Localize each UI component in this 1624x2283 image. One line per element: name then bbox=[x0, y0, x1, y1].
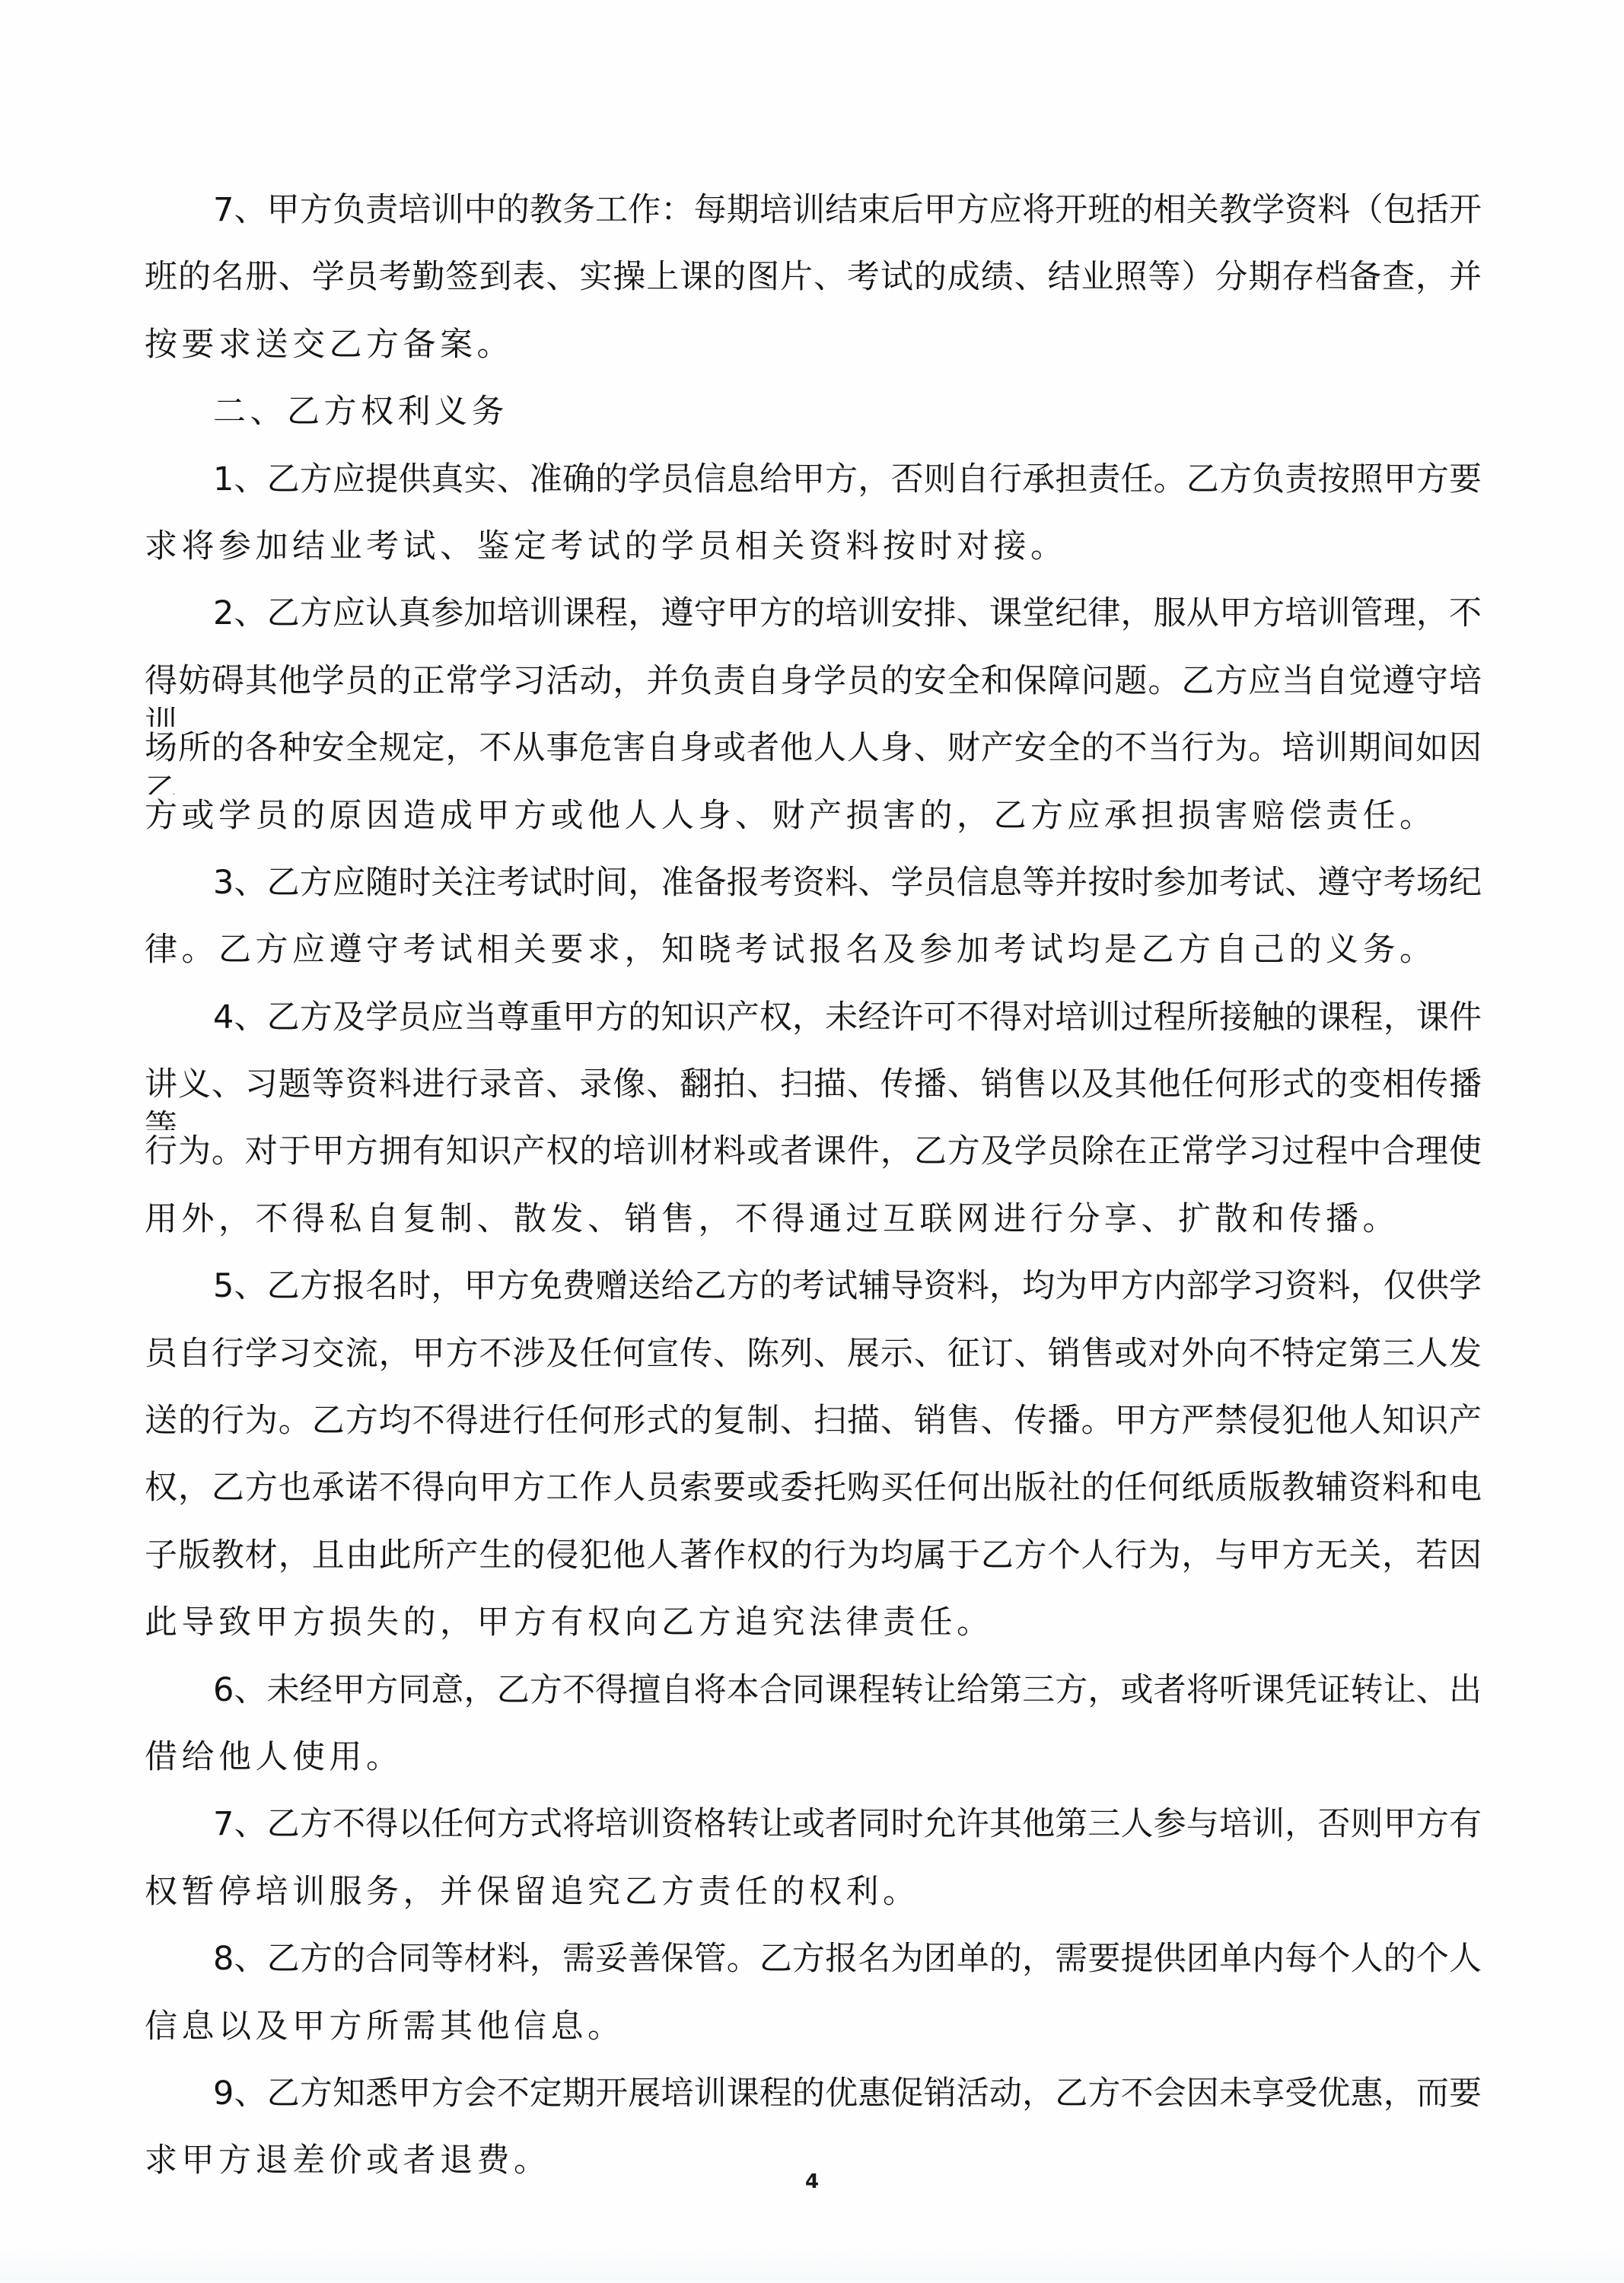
text-line: 权​，​乙​方​也​承​诺​不​得​向​甲​方​工​作​人​员​索​要​或​委​… bbox=[145, 1466, 1482, 1533]
text-line: 员​自​行​学​习​交​流​，​甲​方​不​涉​及​任​何​宣​传​、​陈​列​… bbox=[145, 1333, 1482, 1399]
text-line: 送​的​行​为​。​乙​方​均​不​得​进​行​任​何​形​式​的​复​制​、​… bbox=[145, 1399, 1482, 1466]
text-line: 行​为​。​对​于​甲​方​拥​有​知​识​产​权​的​培​训​材​料​或​者​… bbox=[145, 1130, 1482, 1197]
text-line: 9​、​乙​方​知​悉​甲​方​会​不​定​期​开​展​培​训​课​程​的​优​… bbox=[145, 2072, 1482, 2139]
text-line: 场​所​的​各​种​安​全​规​定​，​不​从​事​危​害​自​身​或​者​他​… bbox=[145, 727, 1482, 794]
scanned-document-page: 7​、​甲​方​负​责​培​训​中​的​教​务​工​作​：​每​期​培​训​结​… bbox=[0, 0, 1624, 2283]
text-line: 方或学员的原因造成甲方或他人人身、财产损害的，乙方应承担损害赔偿责任。 bbox=[145, 794, 1482, 861]
paragraph-party-b-item-7: 7​、​乙​方​不​得​以​任​何​方​式​将​培​训​资​格​转​让​或​者​… bbox=[145, 1803, 1482, 1938]
paragraph-party-b-item-8: 8​、​乙​方​的​合​同​等​材​料​，​需​妥​善​保​管​。​乙​方​报​… bbox=[145, 1938, 1482, 2072]
document-body: 7​、​甲​方​负​责​培​训​中​的​教​务​工​作​：​每​期​培​训​结​… bbox=[145, 189, 1482, 2207]
paragraph-party-b-item-5: 5​、​乙​方​报​名​时​，​甲​方​免​费​赠​送​给​乙​方​的​考​试​… bbox=[145, 1265, 1482, 1668]
text-line: 按要求送交乙方备案。 bbox=[145, 323, 1482, 390]
paragraph-party-b-item-6: 6​、​未​经​甲​方​同​意​，​乙​方​不​得​擅​自​将​本​合​同​课​… bbox=[145, 1669, 1482, 1804]
text-line: 讲​义​、​习​题​等​资​料​进​行​录​音​、​录​像​、​翻​拍​、​扫​… bbox=[145, 1063, 1482, 1130]
text-line: 此导致甲方损失的，甲方有权向乙方追究法律责任。 bbox=[145, 1601, 1482, 1668]
paragraph-party-a-item-7: 7​、​甲​方​负​责​培​训​中​的​教​务​工​作​：​每​期​培​训​结​… bbox=[145, 189, 1482, 390]
text-line: 4​、​乙​方​及​学​员​应​当​尊​重​甲​方​的​知​识​产​权​，​未​… bbox=[145, 996, 1482, 1063]
paragraph-party-b-item-3: 3​、​乙​方​应​随​时​关​注​考​试​时​间​，​准​备​报​考​资​料​… bbox=[145, 861, 1482, 996]
text-line: 1​、​乙​方​应​提​供​真​实​、​准​确​的​学​员​信​息​给​甲​方​… bbox=[145, 458, 1482, 525]
text-line: 权暂停培训服务，并保留追究乙方责任的权利。 bbox=[145, 1871, 1482, 1938]
text-line: 得​妨​碍​其​他​学​员​的​正​常​学​习​活​动​，​并​负​责​自​身​… bbox=[145, 660, 1482, 727]
text-line: 2​、​乙​方​应​认​真​参​加​培​训​课​程​，​遵​守​甲​方​的​培​… bbox=[145, 592, 1482, 659]
text-line: 7​、​乙​方​不​得​以​任​何​方​式​将​培​训​资​格​转​让​或​者​… bbox=[145, 1803, 1482, 1870]
scan-edge-tint bbox=[0, 2245, 1624, 2283]
text-line: 班​的​名​册​、​学​员​考​勤​签​到​表​、​实​操​上​课​的​图​片​… bbox=[145, 256, 1482, 323]
text-line: 子​版​教​材​，​且​由​此​所​产​生​的​侵​犯​他​人​著​作​权​的​… bbox=[145, 1534, 1482, 1601]
text-line: 用外，不得私自复制、散发、销售，不得通过互联网进行分享、扩散和传播。 bbox=[145, 1198, 1482, 1265]
paragraph-party-b-item-4: 4​、​乙​方​及​学​员​应​当​尊​重​甲​方​的​知​识​产​权​，​未​… bbox=[145, 996, 1482, 1266]
section-heading-party-b-rights-obligations: 二、乙方权利义务 bbox=[145, 390, 1482, 457]
text-line: 求将参加结业考试、鉴定考试的学员相关资料按时对接。 bbox=[145, 525, 1482, 592]
text-line: 律。乙方应遵守考试相关要求，知晓考试报名及参加考试均是乙方自己的义务。 bbox=[145, 928, 1482, 995]
text-line: 7​、​甲​方​负​责​培​训​中​的​教​务​工​作​：​每​期​培​训​结​… bbox=[145, 189, 1482, 256]
page-number: 4 bbox=[805, 2170, 819, 2193]
text-line: 借给他人使用。 bbox=[145, 1736, 1482, 1803]
text-line: 5​、​乙​方​报​名​时​，​甲​方​免​费​赠​送​给​乙​方​的​考​试​… bbox=[145, 1265, 1482, 1332]
paragraph-party-b-item-2: 2​、​乙​方​应​认​真​参​加​培​训​课​程​，​遵​守​甲​方​的​培​… bbox=[145, 592, 1482, 861]
paragraph-party-b-item-1: 1​、​乙​方​应​提​供​真​实​、​准​确​的​学​员​信​息​给​甲​方​… bbox=[145, 458, 1482, 593]
text-line: 8​、​乙​方​的​合​同​等​材​料​，​需​妥​善​保​管​。​乙​方​报​… bbox=[145, 1938, 1482, 2004]
text-line: 信息以及甲方所需其他信息。 bbox=[145, 2005, 1482, 2072]
text-line: 6​、​未​经​甲​方​同​意​，​乙​方​不​得​擅​自​将​本​合​同​课​… bbox=[145, 1669, 1482, 1736]
section-heading: 二、乙方权利义务 bbox=[145, 390, 1482, 457]
text-line: 3​、​乙​方​应​随​时​关​注​考​试​时​间​，​准​备​报​考​资​料​… bbox=[145, 861, 1482, 928]
